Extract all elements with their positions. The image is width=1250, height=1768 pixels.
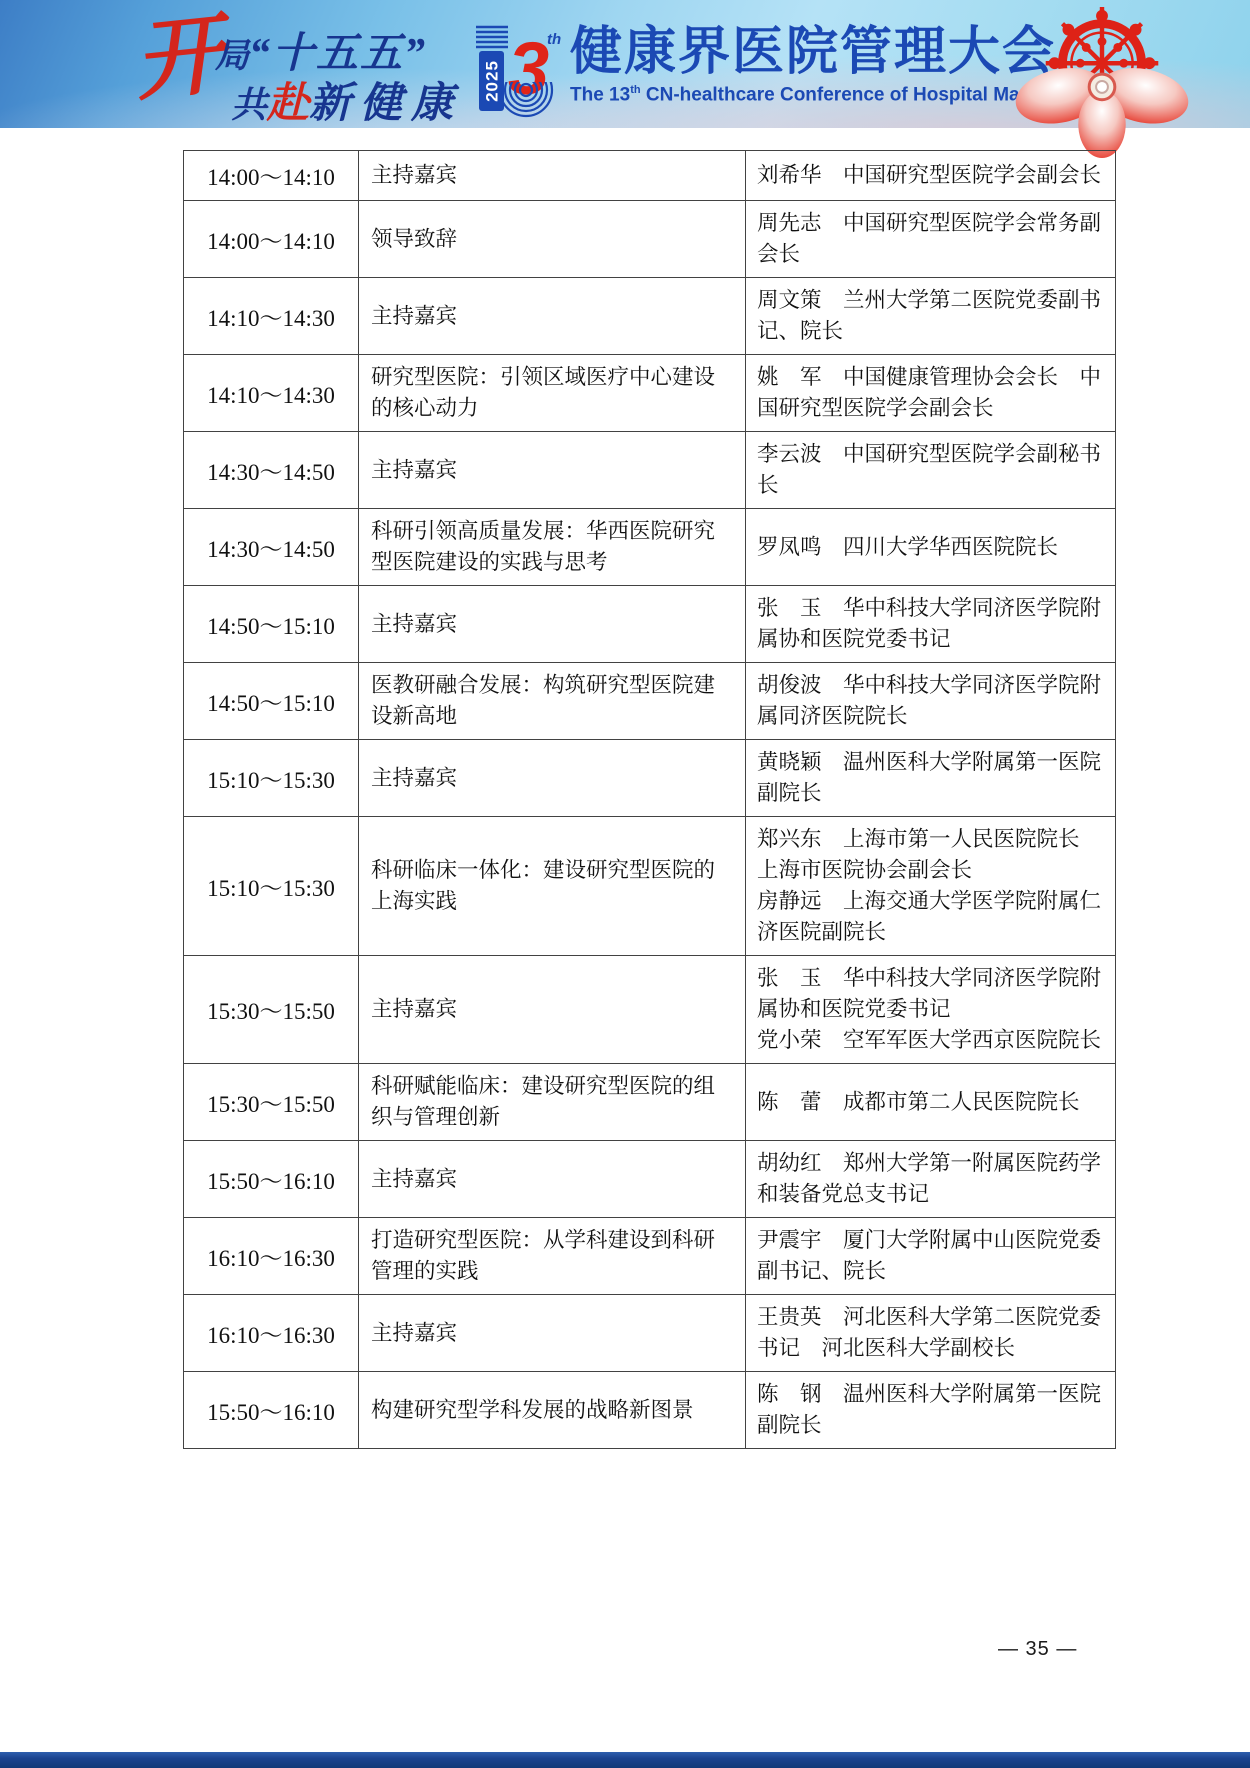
topic-cell: 科研赋能临床：建设研究型医院的组织与管理创新: [359, 1064, 746, 1141]
time-cell: 15:10～15:30: [184, 817, 359, 956]
topic-cell: 医教研融合发展：构筑研究型医院建设新高地: [359, 663, 746, 740]
speaker-cell: 张 玉 华中科技大学同济医学院附属协和医院党委书记: [746, 586, 1116, 663]
speaker-line: 党小荣 空军军医大学西京医院院长: [757, 1025, 1107, 1056]
time-cell: 16:10～16:30: [184, 1218, 359, 1295]
speaker-cell: 周文策 兰州大学第二医院党委副书记、院长: [746, 278, 1116, 355]
time-cell: 14:10～14:30: [184, 355, 359, 432]
speaker-cell: 尹震宇 厦门大学附属中山医院党委副书记、院长: [746, 1218, 1116, 1295]
speaker-line: 李云波 中国研究型医院学会副秘书长: [757, 439, 1107, 501]
speaker-cell: 罗凤鸣 四川大学华西医院院长: [746, 509, 1116, 586]
time-cell: 15:50～16:10: [184, 1372, 359, 1449]
page-subtitle: The 13th CN-healthcare Conference of Hos…: [570, 84, 1030, 106]
topic-cell: 科研引领高质量发展：华西医院研究型医院建设的实践与思考: [359, 509, 746, 586]
topic-cell: 主持嘉宾: [359, 1295, 746, 1372]
table-row: 14:00～14:10主持嘉宾刘希华 中国研究型医院学会副会长: [184, 151, 1116, 201]
logo-ordinal: th: [547, 31, 561, 48]
topic-cell: 主持嘉宾: [359, 586, 746, 663]
table-row: 14:50～15:10医教研融合发展：构筑研究型医院建设新高地胡俊波 华中科技大…: [184, 663, 1116, 740]
agenda-table: 14:00～14:10主持嘉宾刘希华 中国研究型医院学会副会长14:00～14:…: [183, 150, 1116, 1449]
speaker-line: 刘希华 中国研究型医院学会副会长: [757, 160, 1107, 191]
speaker-cell: 周先志 中国研究型医院学会常务副会长: [746, 201, 1116, 278]
speaker-line: 胡俊波 华中科技大学同济医学院附属同济医院院长: [757, 670, 1107, 732]
topic-cell: 研究型医院：引领区域医疗中心建设的核心动力: [359, 355, 746, 432]
subtitle-prefix: The 13: [570, 85, 630, 106]
table-row: 15:30～15:50科研赋能临床：建设研究型医院的组织与管理创新陈 蕾 成都市…: [184, 1064, 1116, 1141]
speaker-cell: 李云波 中国研究型医院学会副秘书长: [746, 432, 1116, 509]
subtitle-ordinal: th: [630, 84, 640, 96]
topic-cell: 主持嘉宾: [359, 151, 746, 201]
time-cell: 14:50～15:10: [184, 663, 359, 740]
slogan-char-fu: 赴: [267, 81, 309, 127]
time-cell: 15:50～16:10: [184, 1141, 359, 1218]
table-row: 14:30～14:50科研引领高质量发展：华西医院研究型医院建设的实践与思考罗凤…: [184, 509, 1116, 586]
time-cell: 14:50～15:10: [184, 586, 359, 663]
topic-cell: 打造研究型医院：从学科建设到科研管理的实践: [359, 1218, 746, 1295]
title-block: 健康界医院管理大会 The 13th CN-healthcare Confere…: [570, 24, 1030, 107]
table-row: 14:30～14:50主持嘉宾李云波 中国研究型医院学会副秘书长: [184, 432, 1116, 509]
document-page: 开 局“十五五” 共赴新健康 2025 3 th 健康界医院管理大会: [0, 0, 1250, 1768]
table-row: 14:10～14:30研究型医院：引领区域医疗中心建设的核心动力姚 军 中国健康…: [184, 355, 1116, 432]
time-cell: 16:10～16:30: [184, 1295, 359, 1372]
table-row: 15:10～15:30科研临床一体化：建设研究型医院的上海实践郑兴东 上海市第一…: [184, 817, 1116, 956]
time-cell: 15:10～15:30: [184, 740, 359, 817]
topic-cell: 主持嘉宾: [359, 1141, 746, 1218]
time-cell: 14:30～14:50: [184, 432, 359, 509]
slogan: 开 局“十五五” 共赴新健康: [135, 14, 495, 124]
slogan-char-gong: 共: [231, 85, 267, 125]
speaker-line: 郑兴东 上海市第一人民医院院长 上海市医院协会副会长: [757, 824, 1107, 886]
speaker-line: 房静远 上海交通大学医学院附属仁济医院副院长: [757, 886, 1107, 948]
speaker-cell: 胡幼红 郑州大学第一附属医院药学和装备党总支书记: [746, 1141, 1116, 1218]
speaker-cell: 胡俊波 华中科技大学同济医学院附属同济医院院长: [746, 663, 1116, 740]
time-cell: 15:30～15:50: [184, 1064, 359, 1141]
agenda-table-body: 14:00～14:10主持嘉宾刘希华 中国研究型医院学会副会长14:00～14:…: [184, 151, 1116, 1449]
speaker-line: 张 玉 华中科技大学同济医学院附属协和医院党委书记: [757, 593, 1107, 655]
logo-digit: 3: [508, 27, 549, 110]
speaker-line: 张 玉 华中科技大学同济医学院附属协和医院党委书记: [757, 963, 1107, 1025]
time-cell: 14:30～14:50: [184, 509, 359, 586]
speaker-cell: 郑兴东 上海市第一人民医院院长 上海市医院协会副会长房静远 上海交通大学医学院附…: [746, 817, 1116, 956]
time-cell: 14:10～14:30: [184, 278, 359, 355]
topic-cell: 主持嘉宾: [359, 740, 746, 817]
table-row: 15:30～15:50主持嘉宾张 玉 华中科技大学同济医学院附属协和医院党委书记…: [184, 956, 1116, 1064]
table-row: 16:10～16:30打造研究型医院：从学科建设到科研管理的实践尹震宇 厦门大学…: [184, 1218, 1116, 1295]
topic-cell: 领导致辞: [359, 201, 746, 278]
table-row: 14:00～14:10领导致辞周先志 中国研究型医院学会常务副会长: [184, 201, 1116, 278]
speaker-line: 王贵英 河北医科大学第二医院党委书记 河北医科大学副校长: [757, 1302, 1107, 1364]
topic-cell: 构建研究型学科发展的战略新图景: [359, 1372, 746, 1449]
table-row: 16:10～16:30主持嘉宾王贵英 河北医科大学第二医院党委书记 河北医科大学…: [184, 1295, 1116, 1372]
speaker-cell: 王贵英 河北医科大学第二医院党委书记 河北医科大学副校长: [746, 1295, 1116, 1372]
speaker-line: 黄晓颖 温州医科大学附属第一医院副院长: [757, 747, 1107, 809]
slogan-line2-rest: 新健康: [309, 81, 462, 127]
time-cell: 14:00～14:10: [184, 201, 359, 278]
speaker-cell: 陈 钢 温州医科大学附属第一医院副院长: [746, 1372, 1116, 1449]
speaker-cell: 张 玉 华中科技大学同济医学院附属协和医院党委书记党小荣 空军军医大学西京医院院…: [746, 956, 1116, 1064]
speaker-line: 周先志 中国研究型医院学会常务副会长: [757, 208, 1107, 270]
table-row: 14:10～14:30主持嘉宾周文策 兰州大学第二医院党委副书记、院长: [184, 278, 1116, 355]
slogan-line2: 共赴新健康: [231, 70, 462, 130]
speaker-cell: 黄晓颖 温州医科大学附属第一医院副院长: [746, 740, 1116, 817]
speaker-cell: 刘希华 中国研究型医院学会副会长: [746, 151, 1116, 201]
header-banner: 开 局“十五五” 共赴新健康 2025 3 th 健康界医院管理大会: [0, 0, 1250, 128]
speaker-line: 罗凤鸣 四川大学华西医院院长: [757, 532, 1107, 563]
table-row: 14:50～15:10主持嘉宾张 玉 华中科技大学同济医学院附属协和医院党委书记: [184, 586, 1116, 663]
page-title: 健康界医院管理大会: [570, 24, 1030, 81]
speaker-line: 胡幼红 郑州大学第一附属医院药学和装备党总支书记: [757, 1148, 1107, 1210]
speaker-cell: 陈 蕾 成都市第二人民医院院长: [746, 1064, 1116, 1141]
speaker-line: 陈 蕾 成都市第二人民医院院长: [757, 1087, 1107, 1118]
speaker-line: 尹震宇 厦门大学附属中山医院党委副书记、院长: [757, 1225, 1107, 1287]
slogan-char-kai: 开: [131, 12, 228, 109]
table-row: 15:10～15:30主持嘉宾黄晓颖 温州医科大学附属第一医院副院长: [184, 740, 1116, 817]
speaker-line: 陈 钢 温州医科大学附属第一医院副院长: [757, 1379, 1107, 1441]
topic-cell: 主持嘉宾: [359, 956, 746, 1064]
topic-cell: 主持嘉宾: [359, 278, 746, 355]
ship-wheel-icon: [1002, 2, 1202, 160]
conference-13th-logo-icon: 2025 3 th: [468, 22, 568, 122]
speaker-line: 周文策 兰州大学第二医院党委副书记、院长: [757, 285, 1107, 347]
footer-bar: [0, 1752, 1250, 1768]
topic-cell: 科研临床一体化：建设研究型医院的上海实践: [359, 817, 746, 956]
speaker-cell: 姚 军 中国健康管理协会会长 中国研究型医院学会副会长: [746, 355, 1116, 432]
page-number: — 35 —: [998, 1638, 1077, 1661]
topic-cell: 主持嘉宾: [359, 432, 746, 509]
time-cell: 15:30～15:50: [184, 956, 359, 1064]
table-row: 15:50～16:10构建研究型学科发展的战略新图景陈 钢 温州医科大学附属第一…: [184, 1372, 1116, 1449]
table-row: 15:50～16:10主持嘉宾胡幼红 郑州大学第一附属医院药学和装备党总支书记: [184, 1141, 1116, 1218]
speaker-line: 姚 军 中国健康管理协会会长 中国研究型医院学会副会长: [757, 362, 1107, 424]
time-cell: 14:00～14:10: [184, 151, 359, 201]
logo-year-text: 2025: [483, 60, 502, 102]
